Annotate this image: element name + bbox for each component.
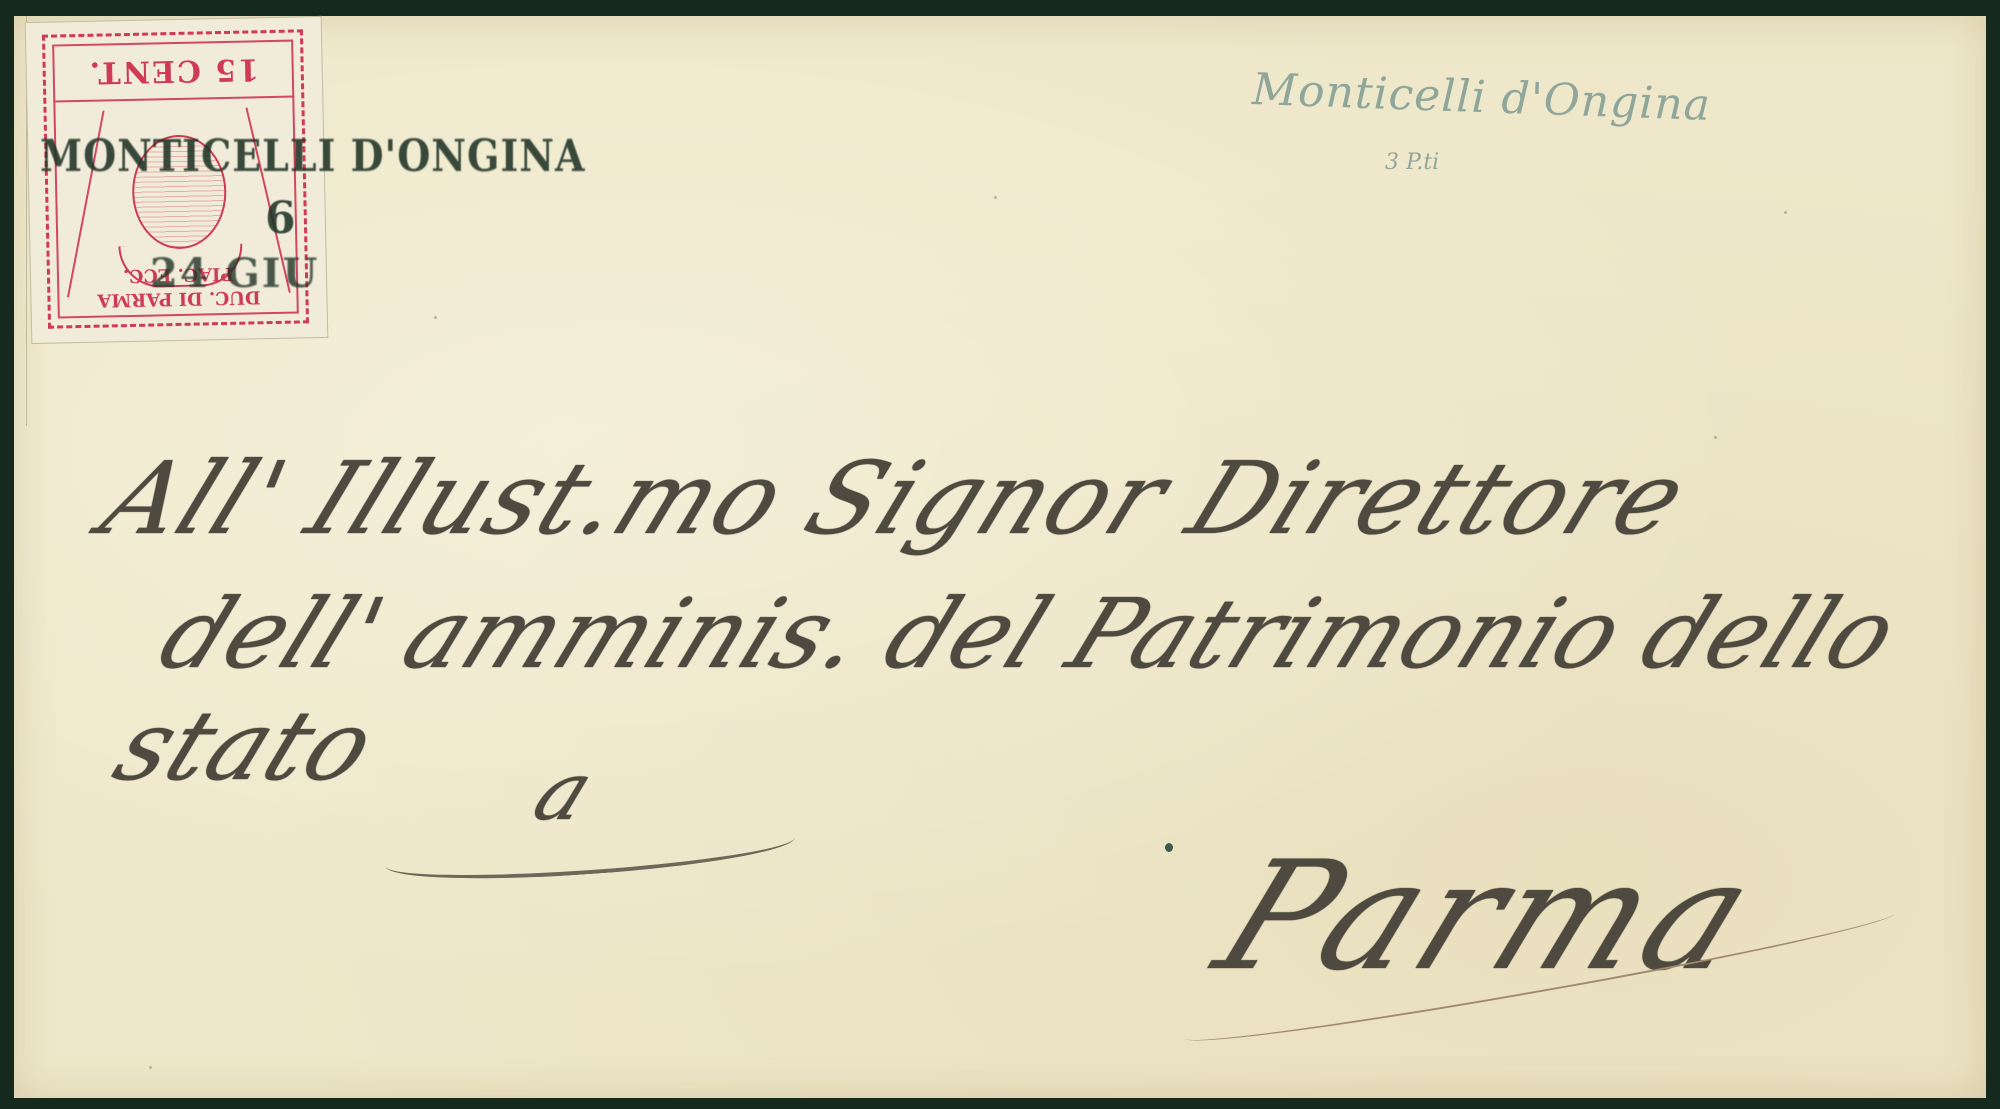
paper-speck (434, 316, 437, 319)
postmark-town: MONTICELLI D'ONGINA (40, 130, 585, 182)
paper-speck (994, 196, 997, 199)
paper-speck (149, 1066, 152, 1069)
paper-speck (1714, 436, 1717, 439)
pencil-note-rate: 3 P.ti (1385, 150, 1439, 175)
ink-dot (1165, 843, 1173, 852)
address-line-1: All' Illust.mo Signor Direttore (86, 440, 1704, 557)
stamp-value-band: 15 CENT. (52, 40, 294, 103)
address-line-2: dell' amminis. del Patrimonio dello stat… (100, 578, 2000, 802)
postmark-day: 6 (265, 193, 296, 244)
postmark-date: 24 GIU (150, 250, 319, 297)
paper-speck (1784, 211, 1787, 214)
stamp-value: 15 CENT. (87, 51, 259, 90)
